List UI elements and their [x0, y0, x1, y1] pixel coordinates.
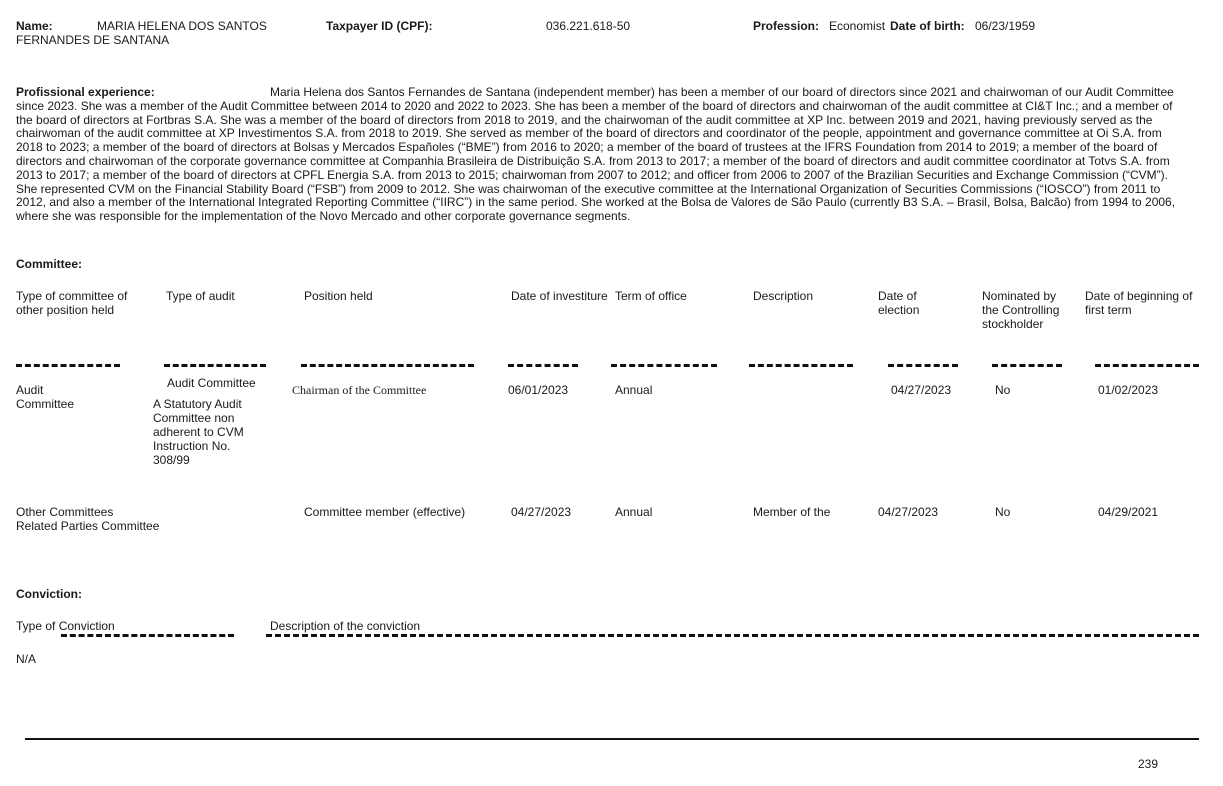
- cell-first-term: 01/02/2023: [1098, 383, 1158, 397]
- cell-investiture: 04/27/2023: [511, 505, 571, 519]
- cell-type-line1: Audit: [16, 383, 43, 397]
- header-divider: [749, 364, 853, 367]
- cell-type-line2: Committee: [16, 397, 74, 411]
- experience-label: Profissional experience:: [16, 86, 270, 100]
- conviction-description-label: Description of the conviction: [270, 619, 420, 633]
- col-header-term: Term of office: [615, 289, 687, 303]
- cell-nominated: No: [995, 505, 1010, 519]
- conviction-type-divider: [61, 634, 234, 637]
- cell-election: 04/27/2023: [878, 505, 938, 519]
- dob-label: Date of birth:: [890, 19, 965, 33]
- committee-title: Committee:: [16, 257, 82, 271]
- conviction-value: N/A: [16, 652, 36, 666]
- profession-value: Economist: [829, 19, 885, 33]
- cell-position: Committee member (effective): [304, 505, 465, 519]
- cell-audit-detail: A Statutory Audit Committee non adherent…: [153, 397, 253, 467]
- header-divider: [301, 364, 474, 367]
- header-divider: [508, 364, 578, 367]
- col-header-audit: Type of audit: [166, 289, 235, 303]
- page-number: 239: [1138, 757, 1158, 771]
- header-divider: [888, 364, 958, 367]
- name-label: Name:: [16, 19, 53, 33]
- header-divider: [611, 364, 717, 367]
- cell-term: Annual: [615, 505, 652, 519]
- profession-label: Profession:: [753, 19, 819, 33]
- conviction-type-label: Type of Conviction: [16, 619, 115, 633]
- cell-description: Member of the: [753, 505, 830, 519]
- header-divider: [992, 364, 1062, 367]
- cell-type-line2: Related Parties Committee: [16, 519, 159, 533]
- header-divider: [1095, 364, 1199, 367]
- cell-election: 04/27/2023: [891, 383, 951, 397]
- name-value-line1: MARIA HELENA DOS SANTOS: [97, 19, 267, 33]
- professional-experience: Profissional experience:Maria Helena dos…: [16, 86, 1191, 224]
- experience-text: Maria Helena dos Santos Fernandes de San…: [16, 85, 1175, 223]
- cell-investiture: 06/01/2023: [508, 383, 568, 397]
- dob-value: 06/23/1959: [975, 19, 1035, 33]
- cell-audit-heading: Audit Committee: [167, 376, 256, 390]
- col-header-nominated: Nominated by the Controlling stockholder: [982, 289, 1066, 331]
- cell-first-term: 04/29/2021: [1098, 505, 1158, 519]
- col-header-position: Position held: [304, 289, 373, 303]
- col-header-first-term: Date of beginning of first term: [1085, 289, 1203, 317]
- name-value-line2: FERNANDES DE SANTANA: [16, 33, 169, 47]
- col-header-description: Description: [753, 289, 813, 303]
- cell-position: Chairman of the Committee: [292, 383, 426, 397]
- header-divider: [16, 364, 120, 367]
- conviction-description-divider: [266, 634, 1199, 637]
- col-header-investiture: Date of investiture: [511, 289, 608, 303]
- footer-rule: [25, 738, 1199, 740]
- header-divider: [164, 364, 266, 367]
- conviction-title: Conviction:: [16, 587, 82, 601]
- col-header-type: Type of committee of other position held: [16, 289, 128, 317]
- cpf-label: Taxpayer ID (CPF):: [326, 19, 432, 33]
- cpf-value: 036.221.618-50: [546, 19, 630, 33]
- cell-nominated: No: [995, 383, 1010, 397]
- cell-type-line1: Other Committees: [16, 505, 113, 519]
- cell-term: Annual: [615, 383, 652, 397]
- col-header-election: Date of election: [878, 289, 938, 317]
